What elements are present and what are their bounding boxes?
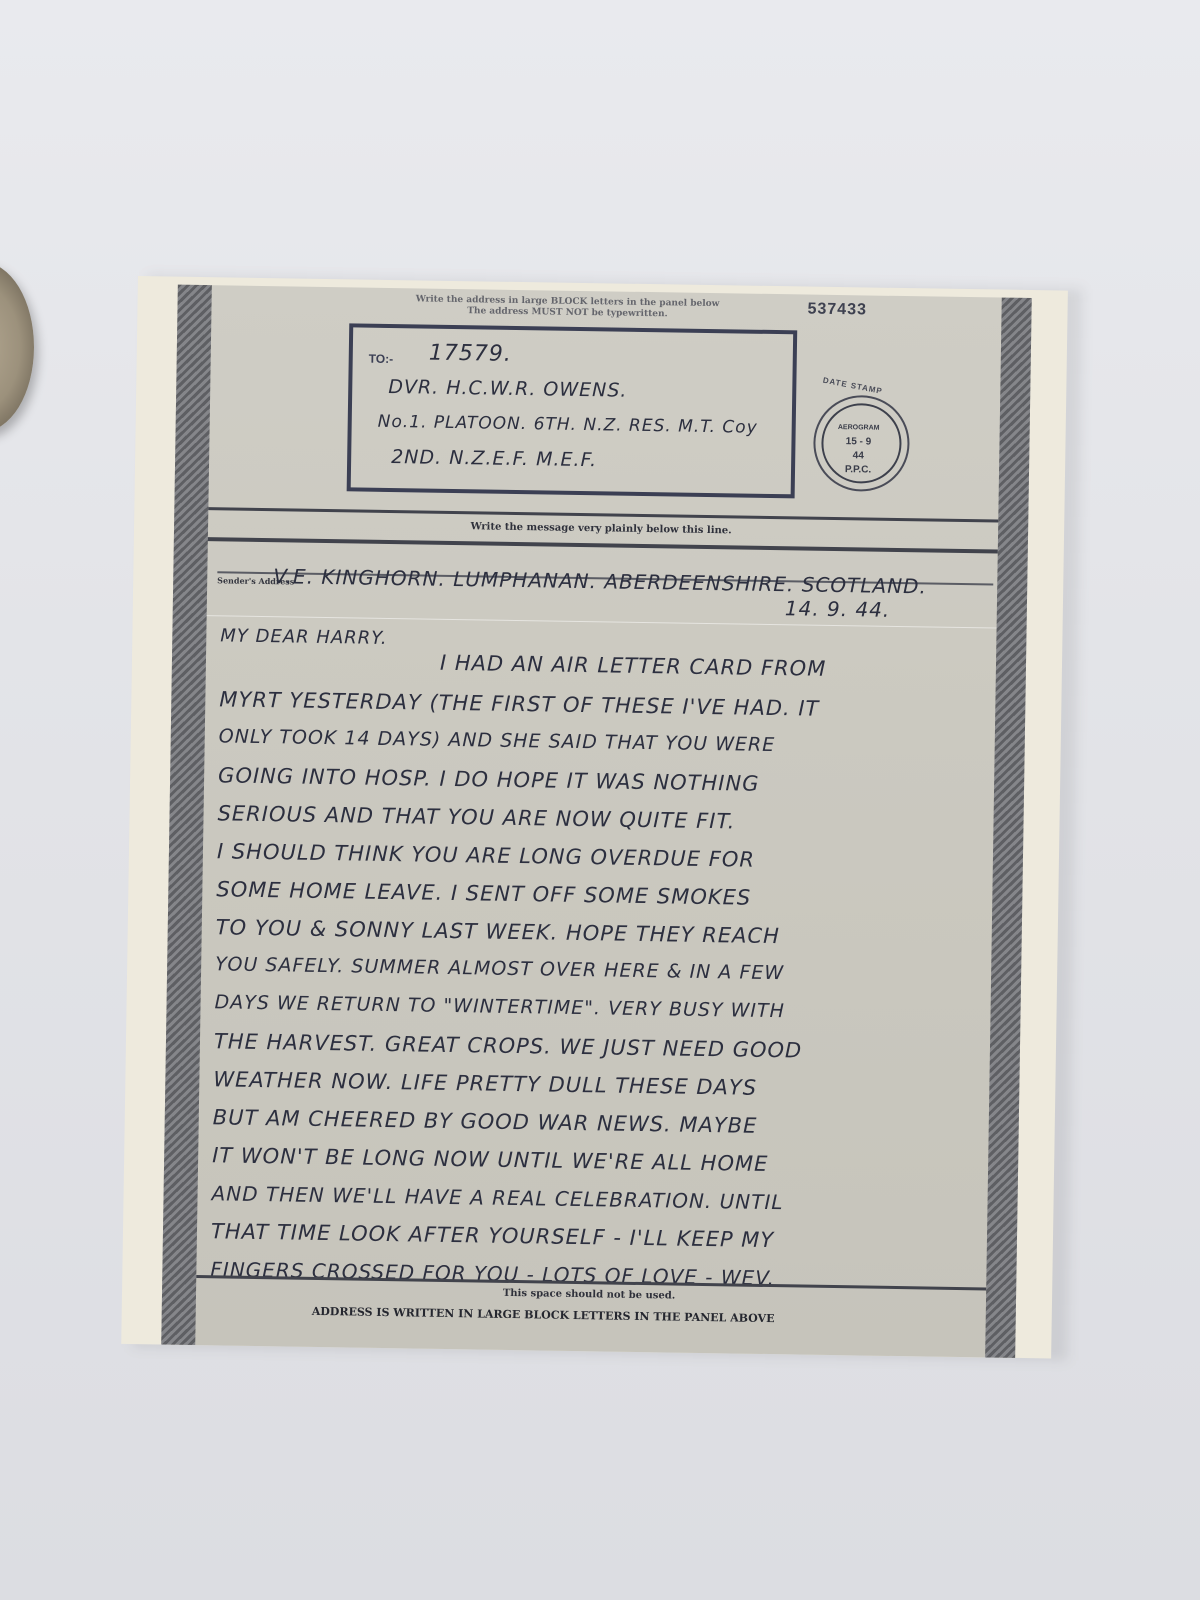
- footer-warning: ADDRESS IS WRITTEN IN LARGE BLOCK LETTER…: [312, 1305, 1016, 1329]
- address-line: 17579.: [429, 341, 512, 367]
- letter-line: AND THEN WE'LL HAVE A REAL CELEBRATION. …: [211, 1181, 783, 1214]
- letter-line: SERIOUS AND THAT YOU ARE NOW QUITE FIT.: [217, 801, 735, 833]
- postmark-text: AEROGRAM 15 - 9 44 P.P.C.: [833, 421, 884, 478]
- letter-line: MYRT YESTERDAY (THE FIRST OF THESE I'VE …: [219, 687, 819, 720]
- letter-date: 14. 9. 44.: [785, 596, 891, 622]
- sender-address: V.E. KINGHORN. LUMPHANAN. ABERDEENSHIRE.…: [273, 564, 927, 598]
- letter-body: MY DEAR HARRY. I HAD AN AIR LETTER CARD …: [221, 625, 991, 637]
- postmark-stamp: AEROGRAM 15 - 9 44 P.P.C.: [813, 395, 910, 492]
- letter-line: I HAD AN AIR LETTER CARD FROM: [440, 651, 827, 681]
- letter-line: YOU SAFELY. SUMMER ALMOST OVER HERE & IN…: [215, 953, 784, 984]
- to-label: TO:-: [369, 352, 394, 366]
- letter-line: IT WON'T BE LONG NOW UNTIL WE'RE ALL HOM…: [212, 1143, 769, 1176]
- postmark-line: P.P.C.: [833, 463, 883, 478]
- letter-line: WEATHER NOW. LIFE PRETTY DULL THESE DAYS: [213, 1067, 757, 1100]
- letter-line: GOING INTO HOSP. I DO HOPE IT WAS NOTHIN…: [218, 763, 760, 796]
- coin: [0, 262, 34, 432]
- letter-line: MY DEAR HARRY.: [220, 625, 388, 649]
- address-panel: TO:- 17579. DVR. H.C.W.R. OWENS. No.1. P…: [347, 323, 798, 498]
- address-line: 2ND. N.Z.E.F. M.E.F.: [391, 446, 597, 471]
- address-line: DVR. H.C.W.R. OWENS.: [388, 376, 627, 402]
- letter-line: SOME HOME LEAVE. I SENT OFF SOME SMOKES: [216, 877, 751, 909]
- divider-line: [208, 537, 998, 553]
- letter-line: DAYS WE RETURN TO "WINTERTIME". VERY BUS…: [214, 991, 785, 1022]
- letter-line: THE HARVEST. GREAT CROPS. WE JUST NEED G…: [214, 1029, 803, 1062]
- address-instructions: Write the address in large BLOCK letters…: [357, 293, 777, 322]
- address-line: No.1. PLATOON. 6TH. N.Z. RES. M.T. Coy: [378, 412, 758, 438]
- postmark-line: AEROGRAM: [834, 421, 884, 436]
- date-stamp-label: DATE STAMP: [822, 376, 883, 396]
- postmark-line: 15 - 9: [833, 435, 883, 450]
- letter-line: I SHOULD THINK YOU ARE LONG OVERDUE FOR: [217, 839, 755, 871]
- letter-line: TO YOU & SONNY LAST WEEK. HOPE THEY REAC…: [216, 915, 781, 948]
- serial-number: 537433: [807, 301, 867, 320]
- air-letter-card: Write the address in large BLOCK letters…: [121, 276, 1068, 1358]
- letter-line: BUT AM CHEERED BY GOOD WAR NEWS. MAYBE: [213, 1105, 758, 1138]
- postmark-line: 44: [833, 449, 883, 464]
- letter-line: THAT TIME LOOK AFTER YOURSELF - I'LL KEE…: [211, 1219, 775, 1252]
- photostat-sheet: Write the address in large BLOCK letters…: [161, 285, 1032, 1358]
- left-hatched-border: [161, 285, 212, 1345]
- letter-line: ONLY TOOK 14 DAYS) AND SHE SAID THAT YOU…: [219, 725, 776, 756]
- right-hatched-border: [985, 298, 1032, 1358]
